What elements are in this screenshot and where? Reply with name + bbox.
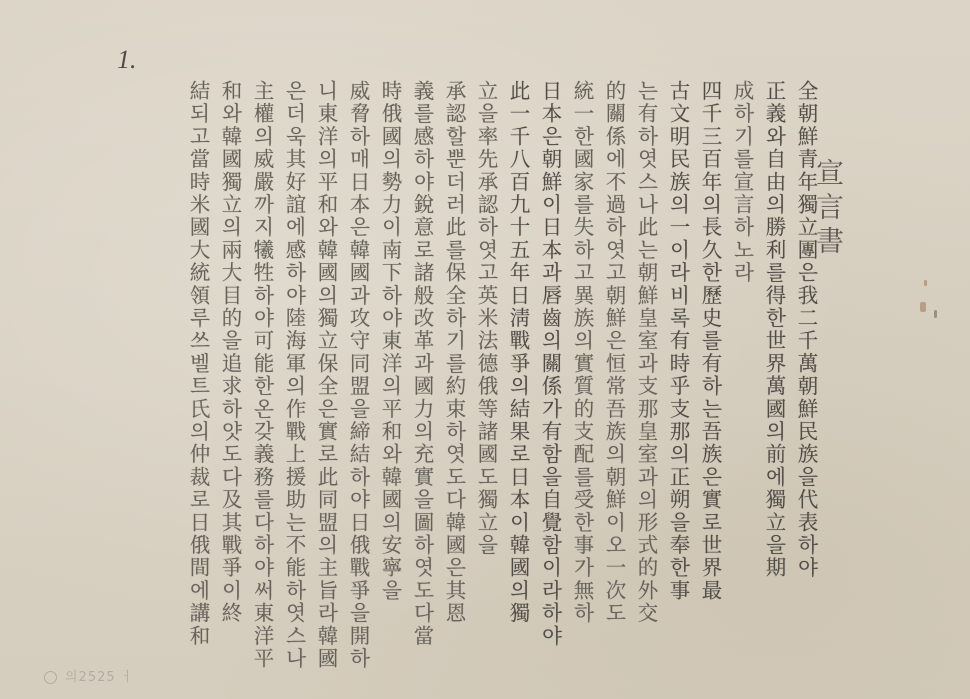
archive-stamp: 의2525 ㅓ bbox=[44, 666, 134, 685]
text-columns: 全朝鮮青年獨立團은我二千萬朝鮮民族을代表하야 正義와自由의勝利를得한世界萬國의前… bbox=[184, 80, 820, 640]
text-column: 日本은朝鮮이日本과唇齒의關係가有함을自覺함이라하야 bbox=[536, 80, 564, 640]
stain-mark bbox=[934, 310, 937, 318]
text-column: 承認할뿐더러此를保全하기를約束하엿도다韓國은其恩 bbox=[440, 80, 468, 640]
document-sheet: 1. 宣言書 全朝鮮青年獨立團은我二千萬朝鮮民族을代表하야 正義와自由의勝利를得… bbox=[0, 0, 970, 699]
circle-mark-icon bbox=[44, 671, 57, 684]
text-column: 古文明民族의一이라비록有時乎支那의正朔을奉한事 bbox=[664, 80, 692, 640]
text-column: 和와韓國獨立의兩大目的을追求하얏도다及其戰爭이終 bbox=[216, 80, 244, 640]
text-column: 立을率先承認하엿고英米法德俄等諸國도獨立을 bbox=[472, 80, 500, 640]
text-column: 結되고當時米國大統領루쓰벨트氏의仲裁로日俄間에講和 bbox=[184, 80, 212, 640]
text-column: 正義와自由의勝利를得한世界萬國의前에獨立을期 bbox=[760, 80, 788, 640]
page-number: 1. bbox=[117, 45, 137, 75]
archive-stamp-text: 의2525 ㅓ bbox=[65, 670, 134, 685]
text-column: 主權의威嚴까지犧牲하야可能한온갖義務를다하야써東洋平 bbox=[248, 80, 276, 640]
text-column: 는有하엿스나此는朝鮮皇室과支那皇室과의形式的外交 bbox=[632, 80, 660, 640]
text-column: 成하기를宣言하노라 bbox=[728, 80, 756, 640]
text-column: 威脅하매日本은韓國과攻守同盟을締結하야日俄戰爭을開하 bbox=[344, 80, 372, 640]
text-column: 니東洋의平和와韓國의獨立保全은實로此同盟의主旨라韓國 bbox=[312, 80, 340, 640]
margin-stains bbox=[920, 280, 940, 400]
text-column: 四千三百年의長久한歷史를有하는吾族은實로世界最 bbox=[696, 80, 724, 640]
text-column: 此一千八百九十五年日淸戰爭의結果로日本이韓國의獨 bbox=[504, 80, 532, 640]
text-column: 은더욱其好誼에感하야陸海軍의作戰上援助는不能하엿스나 bbox=[280, 80, 308, 640]
stain-mark bbox=[920, 302, 926, 312]
text-column: 的關係에不過하엿고朝鮮은恒常吾族의朝鮮이오一次도 bbox=[600, 80, 628, 640]
text-column: 統一한國家를失하고異族의實質的支配를受한事가無하 bbox=[568, 80, 596, 640]
stain-mark bbox=[924, 280, 927, 286]
text-column: 時俄國의勢力이南下하야東洋의平和와韓國의安寧을 bbox=[376, 80, 404, 640]
text-column: 義를感하야銳意로諸般改革과國力의充實을圖하엿도다當 bbox=[408, 80, 436, 640]
text-column: 全朝鮮青年獨立團은我二千萬朝鮮民族을代表하야 bbox=[792, 80, 820, 640]
